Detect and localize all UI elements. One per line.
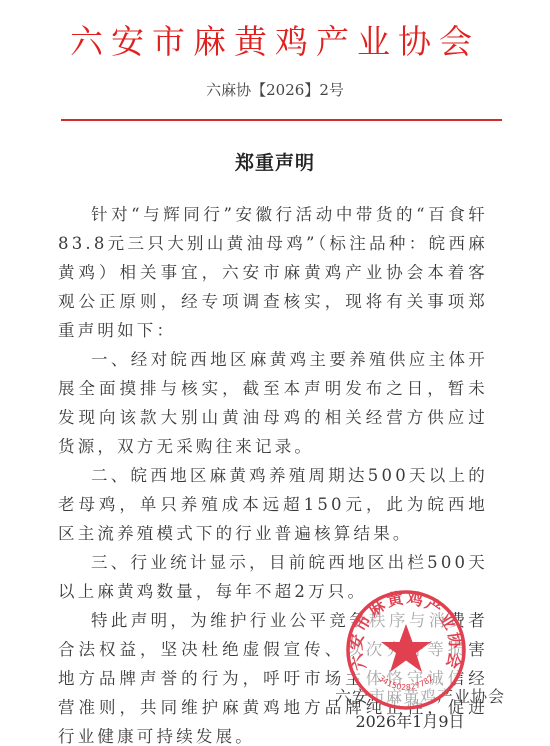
doc-number: 六麻协【2026】2号: [0, 80, 550, 100]
red-rule-divider: [61, 119, 502, 121]
intro-paragraph: 针对“与辉同行”安徽行活动中带货的“百食轩83.8元三只大别山黄油母鸡”（标注品…: [58, 200, 488, 345]
official-seal: 六安市麻黄鸡产业协会 341502827782: [344, 588, 468, 712]
signature-date: 2026年1月9日: [350, 711, 470, 733]
seal-icon: 六安市麻黄鸡产业协会 341502827782: [344, 588, 468, 712]
point-two-paragraph: 二、皖西地区麻黄鸡养殖周期达500天以上的老母鸡，单只养殖成本远超150元，此为…: [58, 461, 488, 548]
org-title: 六安市麻黄鸡产业协会: [0, 22, 550, 62]
statement-heading: 郑重声明: [0, 151, 550, 175]
point-one-paragraph: 一、经对皖西地区麻黄鸡主要养殖供应主体开展全面摸排与核实，截至本声明发布之日，暂…: [58, 345, 488, 461]
